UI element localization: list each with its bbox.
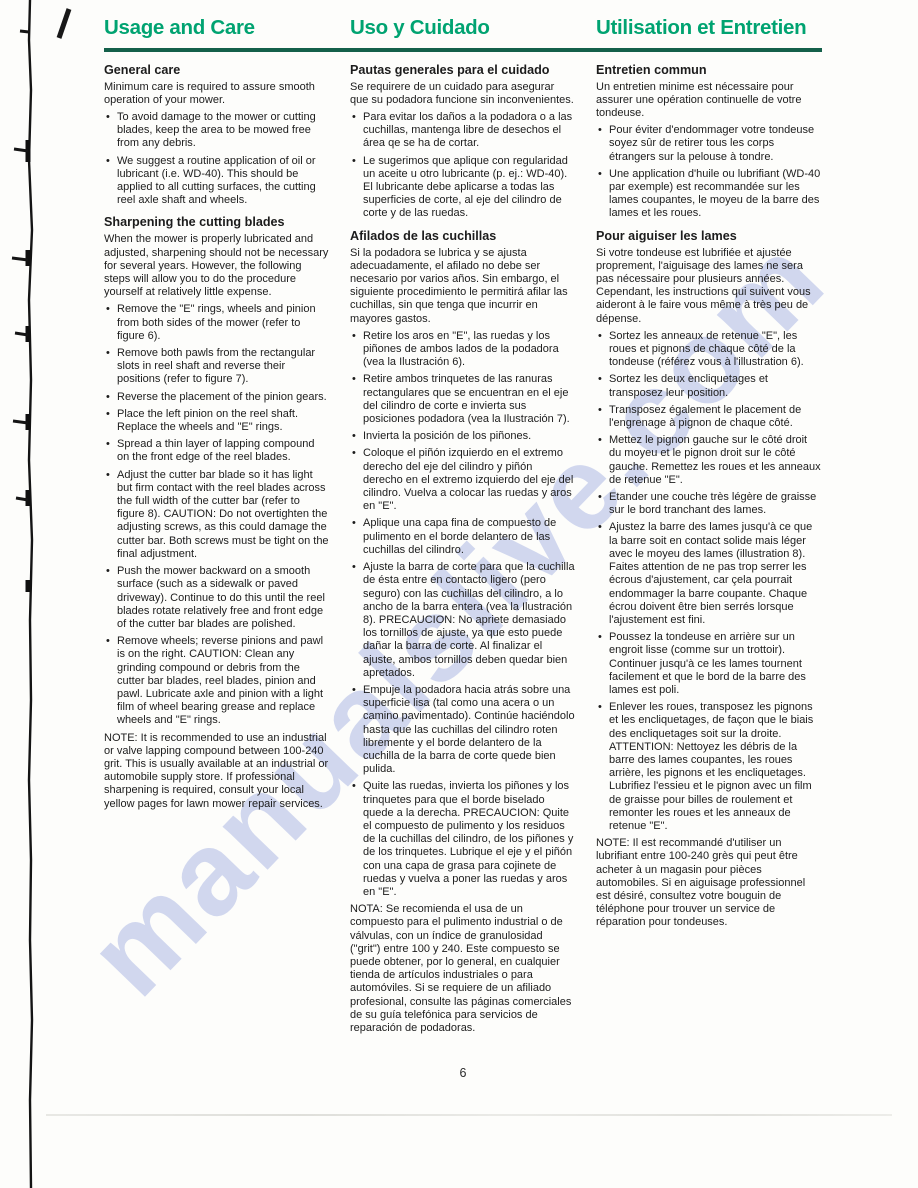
section-note: NOTE: Il est recommandé d'utiliser un lu… bbox=[596, 837, 822, 929]
section-heading: Entretien commun bbox=[596, 63, 822, 78]
bullet-item: Place the left pinion on the reel shaft.… bbox=[104, 408, 329, 434]
section-note: NOTA: Se recomienda el usa de un compues… bbox=[350, 903, 575, 1035]
bullet-item: Ajuste la barra de corte para que la cuc… bbox=[350, 561, 575, 680]
page-content: Usage and CareUso y CuidadoUtilisation e… bbox=[104, 16, 822, 1035]
bullet-item: Adjust the cutter bar blade so it has li… bbox=[104, 469, 329, 561]
bullet-item: Sortez les deux encliquetages et transpo… bbox=[596, 373, 822, 399]
bullet-item: Sortez les anneaux de retenue "E", les r… bbox=[596, 330, 822, 370]
bullet-item: Remove wheels; reverse pinions and pawl … bbox=[104, 635, 329, 727]
bullet-item: Quite las ruedas, invierta los piñones y… bbox=[350, 780, 575, 899]
edge-tick-marks bbox=[12, 31, 29, 500]
bullet-item: Le sugerimos que aplique con regularidad… bbox=[350, 155, 575, 221]
columns-row: General careMinimum care is required to … bbox=[104, 63, 822, 1036]
scanned-manual-page: manualslive.com Usage and CareUso y Cuid… bbox=[0, 0, 918, 1188]
bullet-item: Mettez le pignon gauche sur le côté droi… bbox=[596, 434, 822, 487]
bullet-item: Remove the "E" rings, wheels and pinion … bbox=[104, 303, 329, 343]
corner-scan-mark bbox=[59, 9, 69, 38]
bullet-item: Para evitar los daños a la podadora o a … bbox=[350, 111, 575, 151]
bullet-item: Coloque el piñón izquierdo en el extremo… bbox=[350, 447, 575, 513]
bullet-item: Remove both pawls from the rectangular s… bbox=[104, 347, 329, 387]
section-intro: Si votre tondeuse est lubrifiée et ajust… bbox=[596, 247, 822, 326]
column-spanish: Pautas generales para el cuidadoSe requi… bbox=[350, 63, 575, 1036]
column-english: General careMinimum care is required to … bbox=[104, 63, 329, 1036]
bullet-item: Poussez la tondeuse en arrière sur un en… bbox=[596, 631, 822, 697]
column-header-english: Usage and Care bbox=[104, 16, 329, 41]
bullet-item: Retire los aros en "E", las ruedas y los… bbox=[350, 330, 575, 370]
bullet-item: Reverse the placement of the pinion gear… bbox=[104, 391, 329, 404]
scan-binding-edge bbox=[0, 0, 90, 1188]
scan-artifact-line bbox=[46, 1114, 892, 1116]
section-heading: General care bbox=[104, 63, 329, 78]
section-intro: Se requirere de un cuidado para asegurar… bbox=[350, 81, 575, 107]
bullet-item: Transposez également le placement de l'e… bbox=[596, 404, 822, 430]
section-heading: Pautas generales para el cuidado bbox=[350, 63, 575, 78]
section-intro: When the mower is properly lubricated an… bbox=[104, 233, 329, 299]
bullet-item: Pour éviter d'endommager votre tondeuse … bbox=[596, 124, 822, 164]
bullet-item: Retire ambos trinquetes de las ranuras r… bbox=[350, 373, 575, 426]
column-header-spanish: Uso y Cuidado bbox=[350, 16, 575, 41]
column-french: Entretien communUn entretien minime est … bbox=[596, 63, 822, 1036]
header-divider-rule bbox=[104, 48, 822, 52]
column-header-french: Utilisation et Entretien bbox=[596, 16, 822, 41]
bullet-item: Enlever les roues, transposez les pignon… bbox=[596, 701, 822, 833]
section-note: NOTE: It is recommended to use an indust… bbox=[104, 732, 329, 811]
page-number: 6 bbox=[104, 1066, 822, 1080]
bullet-item: Invierta la posición de los piñones. bbox=[350, 430, 575, 443]
section-intro: Si la podadora se lubrica y se ajusta ad… bbox=[350, 247, 575, 326]
bullet-item: Spread a thin layer of lapping compound … bbox=[104, 438, 329, 464]
column-headers-row: Usage and CareUso y CuidadoUtilisation e… bbox=[104, 16, 822, 41]
bullet-item: Etander une couche très légère de graiss… bbox=[596, 491, 822, 517]
bullet-item: Push the mower backward on a smooth surf… bbox=[104, 565, 329, 631]
section-heading: Afilados de las cuchillas bbox=[350, 229, 575, 244]
section-heading: Sharpening the cutting blades bbox=[104, 215, 329, 230]
bullet-item: Aplique una capa fina de compuesto de pu… bbox=[350, 517, 575, 557]
bullet-item: Empuje la podadora hacia atrás sobre una… bbox=[350, 684, 575, 776]
bullet-item: Une application d'huile ou lubrifiant (W… bbox=[596, 168, 822, 221]
section-intro: Minimum care is required to assure smoot… bbox=[104, 81, 329, 107]
bullet-item: Ajustez la barre des lames jusqu'à ce qu… bbox=[596, 521, 822, 627]
page-edge-line bbox=[29, 0, 32, 1188]
section-intro: Un entretien minime est nécessaire pour … bbox=[596, 81, 822, 121]
bullet-item: To avoid damage to the mower or cutting … bbox=[104, 111, 329, 151]
bullet-item: We suggest a routine application of oil … bbox=[104, 155, 329, 208]
section-heading: Pour aiguiser les lames bbox=[596, 229, 822, 244]
